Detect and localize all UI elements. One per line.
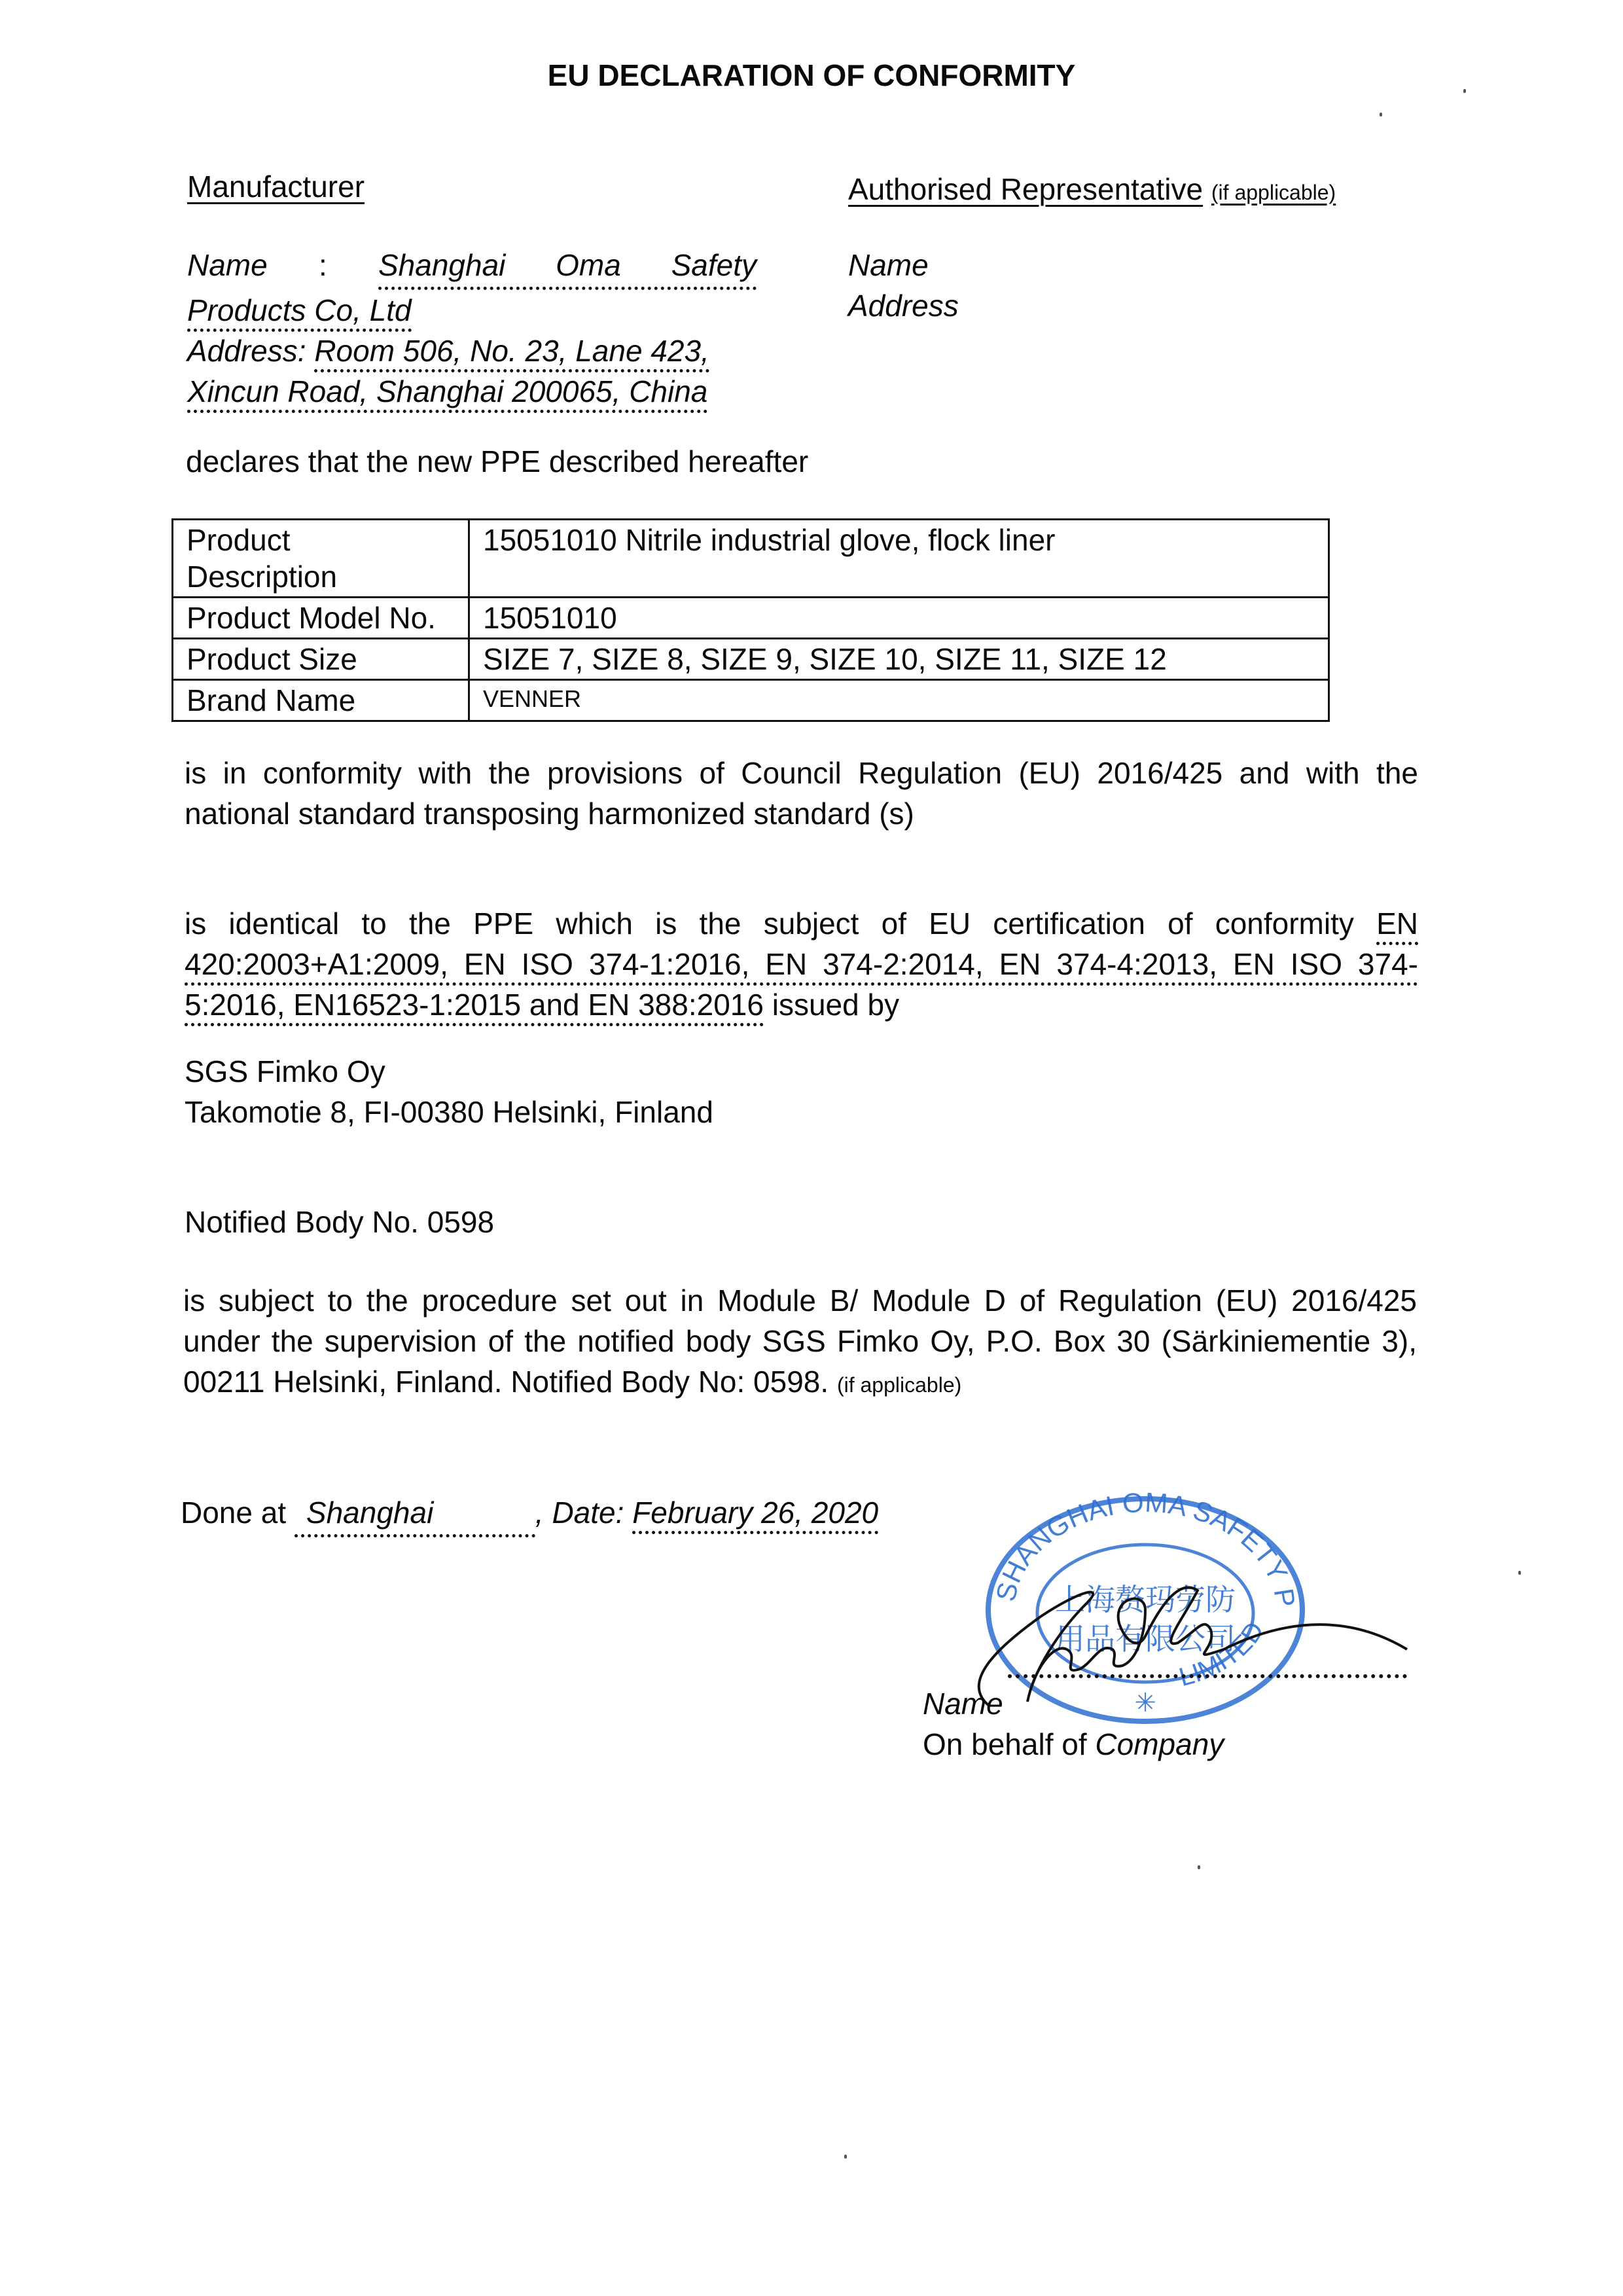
product-table: Product Description 15051010 Nitrile ind…	[171, 518, 1330, 722]
done-at-value: Shanghai	[294, 1492, 535, 1537]
scan-speck	[1463, 89, 1466, 93]
procedure-text: is subject to the procedure set out in M…	[183, 1283, 1417, 1399]
rep-name-label: Name	[848, 245, 959, 285]
authorised-rep-heading: Authorised Representative (if applicable…	[848, 171, 1336, 207]
manufacturer-name-block: Name : Shanghai Oma Safety Products Co, …	[187, 245, 763, 412]
manufacturer-heading: Manufacturer	[187, 169, 365, 204]
document-title: EU DECLARATION OF CONFORMITY	[0, 58, 1623, 93]
address-line2: Xincun Road, Shanghai 200065, China	[187, 374, 707, 413]
label-line: Product	[187, 522, 455, 558]
word: Safety	[671, 245, 757, 285]
authorised-rep-note: (if applicable)	[1211, 181, 1336, 204]
on-behalf-line: On behalf of Company	[923, 1724, 1224, 1765]
on-behalf-prefix: On behalf of	[923, 1727, 1087, 1761]
word: Shanghai	[378, 245, 505, 285]
scan-speck	[844, 2155, 847, 2159]
product-model-value: 15051010	[469, 598, 1329, 639]
signature-line	[1008, 1674, 1407, 1678]
scan-speck	[1198, 1865, 1200, 1869]
table-row: Brand Name VENNER	[173, 680, 1329, 721]
name-separator: :	[319, 245, 327, 290]
word: Oma	[556, 245, 621, 285]
procedure-paragraph: is subject to the procedure set out in M…	[183, 1280, 1417, 1405]
notified-body: Notified Body No. 0598	[185, 1202, 494, 1242]
address-label: Address:	[187, 334, 306, 368]
table-row: Product Model No. 15051010	[173, 598, 1329, 639]
label-line: Description	[187, 558, 455, 595]
issuer-name: SGS Fimko Oy	[185, 1051, 713, 1092]
company-name-line1: Shanghai Oma Safety	[378, 245, 757, 290]
table-label-cell: Product Model No.	[173, 598, 469, 639]
product-size-value: SIZE 7, SIZE 8, SIZE 9, SIZE 10, SIZE 11…	[469, 639, 1329, 680]
scan-speck	[1518, 1571, 1521, 1575]
manufacturer-heading-text: Manufacturer	[187, 170, 365, 204]
table-row: Product Size SIZE 7, SIZE 8, SIZE 9, SIZ…	[173, 639, 1329, 680]
address-line1: Room 506, No. 23, Lane 423,	[314, 334, 709, 372]
manufacturer-name-line1: Name : Shanghai Oma Safety	[187, 245, 757, 290]
procedure-note: (if applicable)	[837, 1373, 961, 1397]
name-label: Name	[187, 245, 268, 290]
on-behalf-company: Company	[1095, 1727, 1224, 1761]
authorised-rep-fields: Name Address	[848, 245, 959, 326]
authorised-rep-heading-text: Authorised Representative	[848, 172, 1203, 206]
table-label-cell: Brand Name	[173, 680, 469, 721]
product-description-value: 15051010 Nitrile industrial glove, flock…	[469, 520, 1329, 598]
identical-prefix: is identical to the PPE which is the sub…	[185, 906, 1354, 941]
identical-paragraph: is identical to the PPE which is the sub…	[185, 903, 1418, 1025]
table-label-cell: Product Size	[173, 639, 469, 680]
issuer-block: SGS Fimko Oy Takomotie 8, FI-00380 Helsi…	[185, 1051, 713, 1132]
conformity-paragraph: is in conformity with the provisions of …	[185, 753, 1418, 834]
date-value: February 26, 2020	[632, 1496, 878, 1534]
signature-block: Name On behalf of Company	[923, 1683, 1224, 1765]
done-at-label: Done at	[181, 1496, 286, 1530]
date-label: , Date:	[535, 1496, 624, 1530]
declares-text: declares that the new PPE described here…	[186, 441, 808, 482]
identical-suffix: issued by	[772, 988, 899, 1022]
scan-speck	[1380, 113, 1382, 117]
table-label-cell: Product Description	[173, 520, 469, 598]
issuer-address: Takomotie 8, FI-00380 Helsinki, Finland	[185, 1092, 713, 1132]
brand-name-value: VENNER	[469, 680, 1329, 721]
rep-address-label: Address	[848, 285, 959, 326]
table-row: Product Description 15051010 Nitrile ind…	[173, 520, 1329, 598]
signature-name-label: Name	[923, 1683, 1224, 1724]
done-at-line: Done at Shanghai, Date: February 26, 202…	[181, 1492, 878, 1537]
company-name-line2: Products Co, Ltd	[187, 293, 412, 332]
